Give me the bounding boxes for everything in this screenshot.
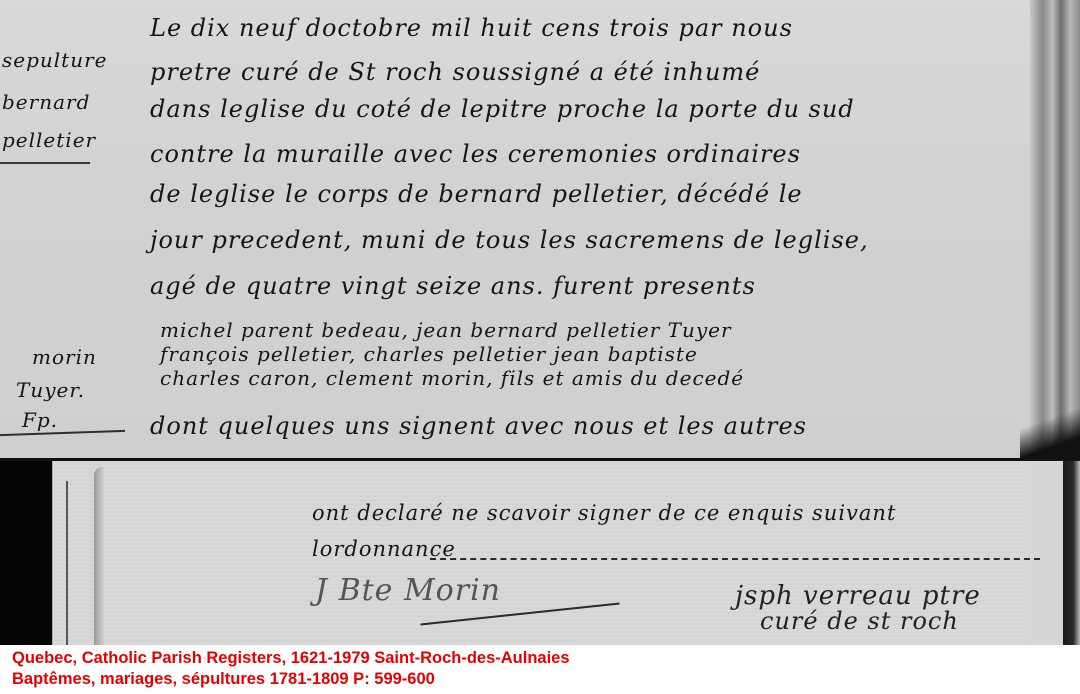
margin-note: pelletier [2, 128, 96, 152]
register-line: ont declaré ne scavoir signer de ce enqu… [312, 501, 896, 525]
register-scan-top: sepulture bernard pelletier morin Tuyer.… [0, 0, 1080, 458]
margin-note: Fp. [22, 408, 58, 432]
caption-line-2: Baptêmes, mariages, sépultures 1781-1809… [12, 670, 435, 689]
margin-note: bernard [2, 90, 90, 114]
signature-morin: J Bte Morin [315, 573, 501, 608]
register-line: michel parent bedeau, jean bernard pelle… [160, 318, 732, 342]
register-scan-bottom: ont declaré ne scavoir signer de ce enqu… [0, 461, 1080, 645]
margin-note: sepulture [2, 48, 108, 72]
register-line: charles caron, clement morin, fils et am… [160, 366, 744, 390]
register-line: françois pelletier, charles pelletier je… [160, 342, 698, 366]
page-curl [94, 467, 104, 645]
margin-note: morin [32, 345, 97, 369]
register-line: jour precedent, muni de tous les sacreme… [150, 226, 869, 254]
register-line: contre la muraille avec les ceremonies o… [150, 140, 801, 168]
caption-line-1: Quebec, Catholic Parish Registers, 1621-… [12, 649, 570, 668]
page-edge [66, 481, 68, 645]
book-spine [1030, 0, 1080, 458]
register-line: de leglise le corps de bernard pelletier… [150, 180, 803, 208]
source-caption: Quebec, Catholic Parish Registers, 1621-… [0, 645, 1080, 694]
register-line: agé de quatre vingt seize ans. furent pr… [150, 272, 756, 300]
spine-shadow [1020, 395, 1080, 458]
book-spine [1063, 461, 1080, 645]
register-line: Le dix neuf doctobre mil huit cens trois… [150, 14, 793, 42]
register-line: dans leglise du coté de lepitre proche l… [150, 95, 855, 123]
scan-border [0, 461, 52, 645]
filler-dashes [430, 558, 1040, 560]
margin-note: Tuyer. [16, 378, 85, 402]
signature-title: curé de st roch [760, 607, 959, 635]
register-line: pretre curé de St roch soussigné a été i… [150, 58, 760, 86]
margin-divider [0, 430, 125, 436]
margin-divider [0, 162, 90, 164]
register-line: dont quelques uns signent avec nous et l… [150, 412, 807, 440]
